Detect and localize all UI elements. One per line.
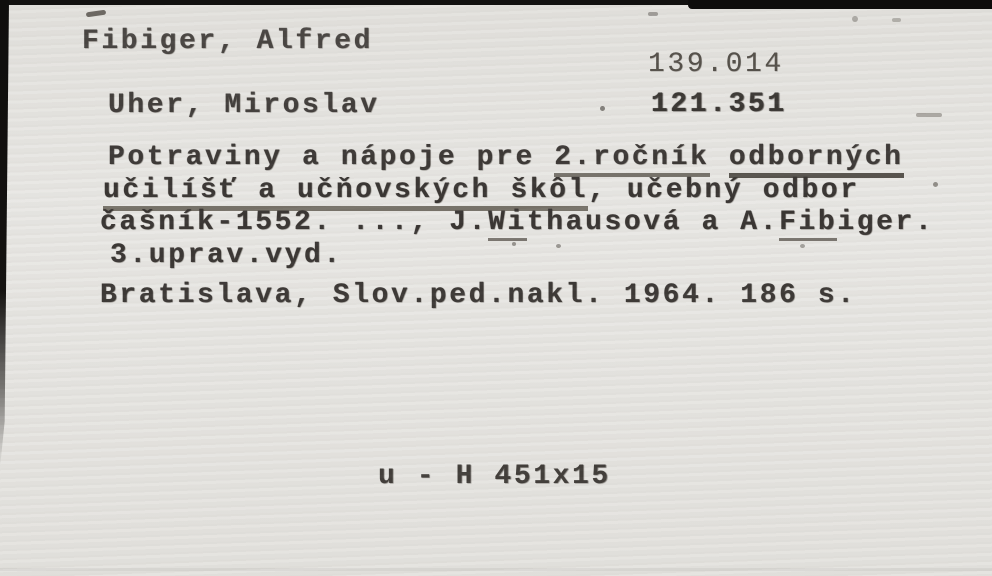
- dash-right-of-call-number: [916, 113, 942, 117]
- edition-line: 3.uprav.vyd.: [110, 241, 343, 271]
- scan-edge-left: [0, 0, 9, 468]
- stray-dot-2: [556, 244, 561, 248]
- title-line-1-underlined-grade: 2.ročník: [554, 142, 709, 177]
- scan-speck-top-right-2: [892, 18, 901, 22]
- scan-streak-bottom: [0, 568, 992, 571]
- call-number-bold: 121.351: [651, 90, 787, 120]
- stray-dot-1: [512, 242, 516, 246]
- scan-speck-top-right-1: [852, 16, 858, 22]
- scan-edge-top-right: [688, 0, 992, 9]
- author-main: Fibiger, Alfred: [82, 27, 373, 57]
- title-line-3-text: čašník-1552. ..., J.: [100, 207, 488, 238]
- title-line-1-underlined-odbornych: odborných: [729, 142, 904, 178]
- dot-before-call-number: [600, 106, 605, 111]
- title-line-1: Potraviny a nápoje pre 2.ročník odbornýc…: [108, 143, 904, 173]
- catalog-card-scan: Fibiger, Alfred 139.014 Uher, Miroslav 1…: [0, 0, 992, 576]
- dot-right-margin: [933, 182, 938, 187]
- title-line-3: čašník-1552. ..., J.Withausová a A.Fibig…: [100, 208, 934, 238]
- call-number-top: 139.014: [648, 50, 784, 80]
- author-secondary: Uher, Miroslav: [108, 91, 380, 121]
- shelfmark: u - H 451x15: [378, 462, 611, 492]
- title-line-3-end: iger.: [837, 207, 934, 238]
- stray-dot-3: [800, 244, 805, 248]
- title-line-3-underlined-fib: Fib: [779, 207, 837, 241]
- ink-smudge-top-left: [86, 10, 107, 18]
- imprint-line: Bratislava, Slov.ped.nakl. 1964. 186 s.: [100, 281, 857, 311]
- title-line-2-underlined-schools: učilíšť a učňovských škôl: [103, 175, 588, 211]
- title-line-3-underlined-wi: Wi: [488, 207, 527, 241]
- title-line-3-mid: thausová a A.: [527, 207, 779, 238]
- title-line-2-rest: , učebný odbor: [588, 175, 860, 206]
- title-line-1-gap: [710, 142, 729, 173]
- title-line-2: učilíšť a učňovských škôl, učebný odbor: [103, 176, 860, 206]
- scan-speck-top-center: [648, 12, 658, 16]
- title-line-1-text: Potraviny a nápoje pre: [108, 142, 554, 173]
